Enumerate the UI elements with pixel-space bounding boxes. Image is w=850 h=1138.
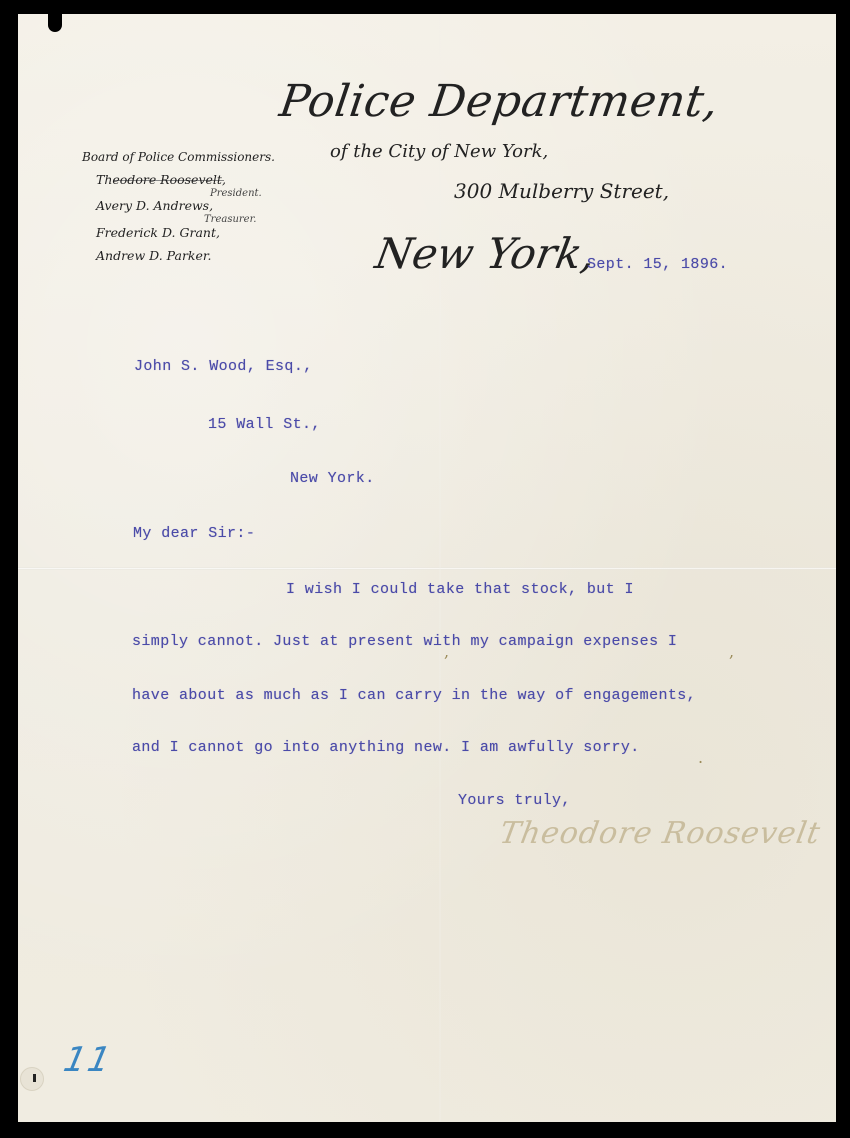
letter-date: Sept. 15, 1896.: [587, 256, 728, 273]
body-line: I wish I could take that stock, but I: [286, 581, 634, 598]
recipient-city: New York.: [290, 470, 375, 487]
letterhead-title: Police Department,: [276, 76, 721, 127]
handwritten-comma: ,: [444, 642, 449, 661]
pencil-annotation: 11: [56, 1040, 119, 1080]
body-line: have about as much as I can carry in the…: [132, 687, 696, 704]
salutation: My dear Sir:-: [133, 525, 255, 542]
member-name: Theodore Roosevelt,: [96, 172, 226, 187]
member-role: President.: [210, 188, 262, 199]
letterhead-city: New York,: [372, 229, 600, 278]
board-title: Board of Police Commissioners.: [82, 150, 275, 164]
recipient-street: 15 Wall St.,: [208, 416, 321, 433]
body-line: simply cannot. Just at present with my c…: [132, 633, 677, 650]
member-name: Avery D. Andrews,: [96, 198, 213, 213]
handwritten-period: .: [698, 748, 703, 767]
letter-sheet: Police Department, of the City of New Yo…: [18, 14, 836, 1122]
letterhead-address: 300 Mulberry Street,: [454, 179, 669, 203]
body-line: and I cannot go into anything new. I am …: [132, 739, 640, 756]
letterhead-subtitle: of the City of New York,: [330, 141, 548, 162]
punch-hole-bottom: [20, 1067, 44, 1091]
recipient-name: John S. Wood, Esq.,: [134, 358, 313, 375]
horizontal-fold-line: [18, 567, 836, 570]
vertical-fold-line: [439, 14, 441, 1122]
member-name: Frederick D. Grant,: [96, 225, 220, 240]
torn-hole-top: [48, 14, 62, 32]
member-role: Treasurer.: [204, 214, 256, 225]
closing: Yours truly,: [458, 792, 571, 809]
signature: Theodore Roosevelt: [497, 816, 823, 851]
member-name: Andrew D. Parker.: [96, 248, 211, 263]
handwritten-comma: ,: [729, 642, 734, 661]
